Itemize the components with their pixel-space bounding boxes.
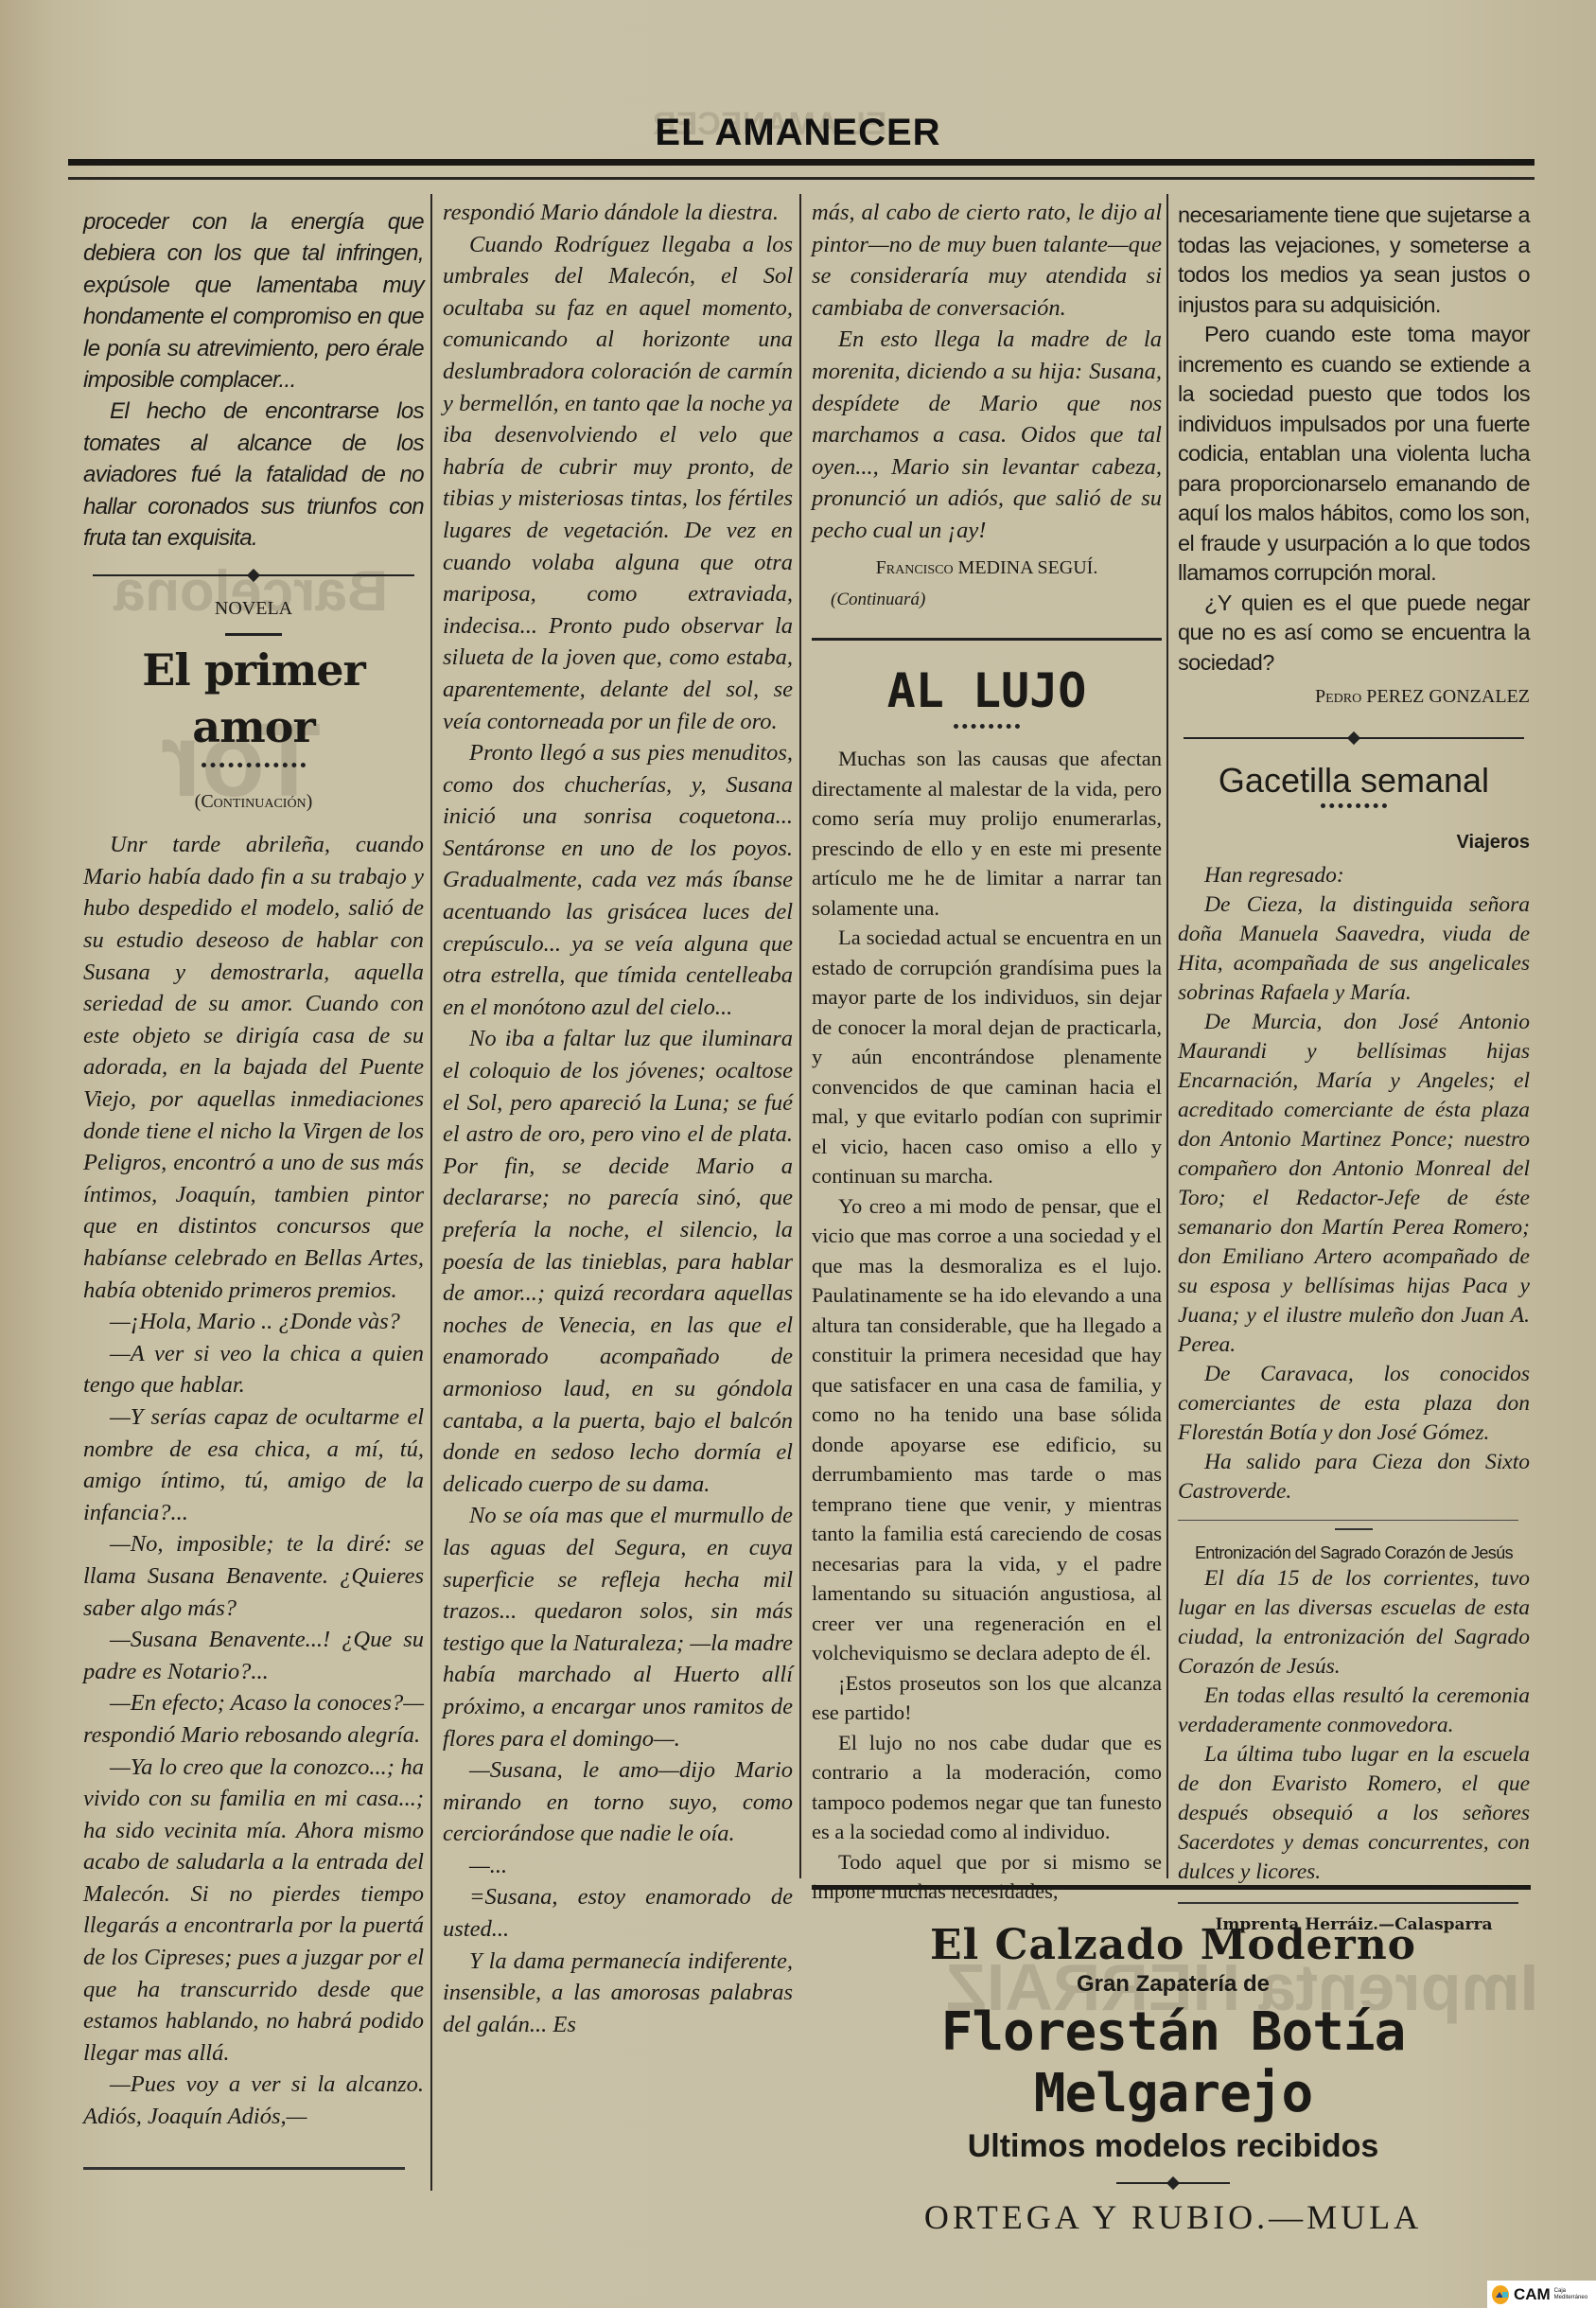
cam-subtitle: Caja Mediterráneo <box>1554 2288 1596 2301</box>
column-2: respondió Mario dándole la diestra. Cuan… <box>443 197 793 2040</box>
paragraph: Y la dama permanecía indiferente, insens… <box>443 1946 793 2041</box>
paragraph: El día 15 de los corrientes, tuvo lugar … <box>1178 1564 1530 1682</box>
paragraph: proceder con la energía que debiera con … <box>83 206 424 396</box>
paragraph: No se oía mas que el murmullo de las agu… <box>443 1500 793 1754</box>
advert-tagline: Ultimos modelos recibidos <box>809 2128 1537 2165</box>
continues-note: (Continuará) <box>831 584 1162 615</box>
paragraph: —Ya lo creo que la conozco...; ha vivido… <box>83 1752 424 2070</box>
author-byline: Francisco MEDINA SEGUÍ. <box>812 553 1162 584</box>
cam-brand: CAM <box>1514 2285 1551 2304</box>
section-divider <box>1178 1520 1518 1521</box>
paragraph: Cuando Rodríguez llegaba a los umbrales … <box>443 229 793 738</box>
paragraph: El lujo no nos cabe dudar que es contrar… <box>812 1728 1162 1847</box>
cam-logo: CAM Caja Mediterráneo <box>1487 2281 1596 2308</box>
dotted-rule <box>1321 803 1387 814</box>
paragraph: No iba a faltar luz que iluminara el col… <box>443 1023 793 1500</box>
paragraph: —Susana Benavente...! ¿Que su padre es N… <box>83 1624 424 1687</box>
masthead-rule <box>68 159 1535 180</box>
paragraph: —... <box>443 1850 793 1882</box>
paragraph: más, al cabo de cierto rato, le dijo al … <box>812 197 1162 324</box>
paragraph: respondió Mario dándole la diestra. <box>443 197 793 229</box>
dotted-rule <box>954 724 1020 734</box>
section-label: Viajeros <box>1178 827 1530 858</box>
advert-top-rule <box>812 1885 1531 1890</box>
short-rule <box>225 633 282 636</box>
paragraph: De Cieza, la distinguida señora doña Man… <box>1178 890 1530 1008</box>
paragraph: necesariamente tiene que sujetarse a tod… <box>1178 201 1530 320</box>
dotted-rule <box>202 763 306 773</box>
column-divider <box>799 194 801 1878</box>
column-4: necesariamente tiene que sujetarse a tod… <box>1178 201 1530 1941</box>
paragraph: Ha salido para Cieza don Sixto Castrover… <box>1178 1448 1530 1506</box>
short-rule <box>1335 1528 1373 1530</box>
gacetilla-headline: Gacetilla semanal <box>1178 758 1530 803</box>
paragraph: ¿Y quien es el que puede negar que no es… <box>1178 589 1530 678</box>
paragraph: Yo creo a mi modo de pensar, que el vici… <box>812 1191 1162 1668</box>
cam-logo-icon <box>1492 2285 1509 2304</box>
column-1: proceder con la energía que debiera con … <box>83 206 424 2170</box>
paragraph: —Pues voy a ver si la alcanzo. Adiós, Jo… <box>83 2069 424 2132</box>
advert-subtitle: Gran Zapatería de <box>809 1971 1537 1998</box>
paragraph: En todas ellas resultó la ceremonia verd… <box>1178 1682 1530 1740</box>
paragraph: —A ver si veo la chica a quien tengo que… <box>83 1338 424 1401</box>
section-label: NOVELA <box>83 593 424 625</box>
paragraph: Pero cuando este toma mayor incremento e… <box>1178 320 1530 589</box>
paragraph: =Susana, estoy enamorado de usted... <box>443 1881 793 1945</box>
end-rule <box>83 2167 405 2170</box>
section-divider <box>93 574 414 576</box>
paragraph: En esto llega la madre de la morenita, d… <box>812 324 1162 546</box>
advert-ornament <box>1116 2182 1230 2184</box>
paragraph: —Susana, le amo—dijo Mario mirando en to… <box>443 1754 793 1850</box>
article-headline: El primer amor <box>83 642 424 755</box>
advertisement: El Calzado Moderno Gran Zapatería de Flo… <box>809 1893 1537 2195</box>
paragraph: De Murcia, don José Antonio Maurandi y b… <box>1178 1008 1530 1360</box>
paragraph: De Caravaca, los conocidos comerciantes … <box>1178 1360 1530 1448</box>
paragraph: Muchas son las causas que afectan direct… <box>812 744 1162 923</box>
paragraph: —En efecto; Acaso la conoces?—respondió … <box>83 1687 424 1751</box>
paragraph: —No, imposible; te la diré: se llama Sus… <box>83 1528 424 1624</box>
paragraph: ¡Estos proseutos son los que alcanza ese… <box>812 1668 1162 1728</box>
column-divider <box>1166 194 1168 1878</box>
article-headline: AL LUJO <box>812 658 1162 724</box>
column-divider <box>430 194 432 2191</box>
author-byline: Pedro PEREZ GONZALEZ <box>1178 681 1530 713</box>
paragraph: El hecho de encontrarse los tomates al a… <box>83 396 424 554</box>
section-divider <box>1184 737 1524 739</box>
column-3: más, al cabo de cierto rato, le dijo al … <box>812 197 1162 1907</box>
section-divider <box>812 638 1162 641</box>
paragraph: Pronto llegó a sus pies menuditos, como … <box>443 737 793 1023</box>
paragraph: Han regresado: <box>1178 861 1530 890</box>
article-subhead: (Continuación) <box>83 786 424 818</box>
advert-address: ORTEGA Y RUBIO.—MULA <box>809 2197 1537 2237</box>
paragraph: —Y serías capaz de ocultarme el nombre d… <box>83 1401 424 1528</box>
newspaper-page: EL AMANECER Barcelona Tor Imprenta HERRA… <box>0 0 1596 2308</box>
section-label: Entronización del Sagrado Corazón de Jes… <box>1178 1542 1530 1564</box>
paragraph: La sociedad actual se encuentra en un es… <box>812 923 1162 1191</box>
advert-name: Florestán Botía Melgarejo <box>809 2001 1537 2124</box>
advert-title: El Calzado Moderno <box>809 1921 1537 1969</box>
masthead-title: EL AMANECER <box>0 112 1596 154</box>
paragraph: Unr tarde abrileña, cuando Mario había d… <box>83 829 424 1306</box>
paragraph: —¡Hola, Mario .. ¿Donde vàs? <box>83 1306 424 1338</box>
paragraph: La última tubo lugar en la escuela de do… <box>1178 1740 1530 1887</box>
